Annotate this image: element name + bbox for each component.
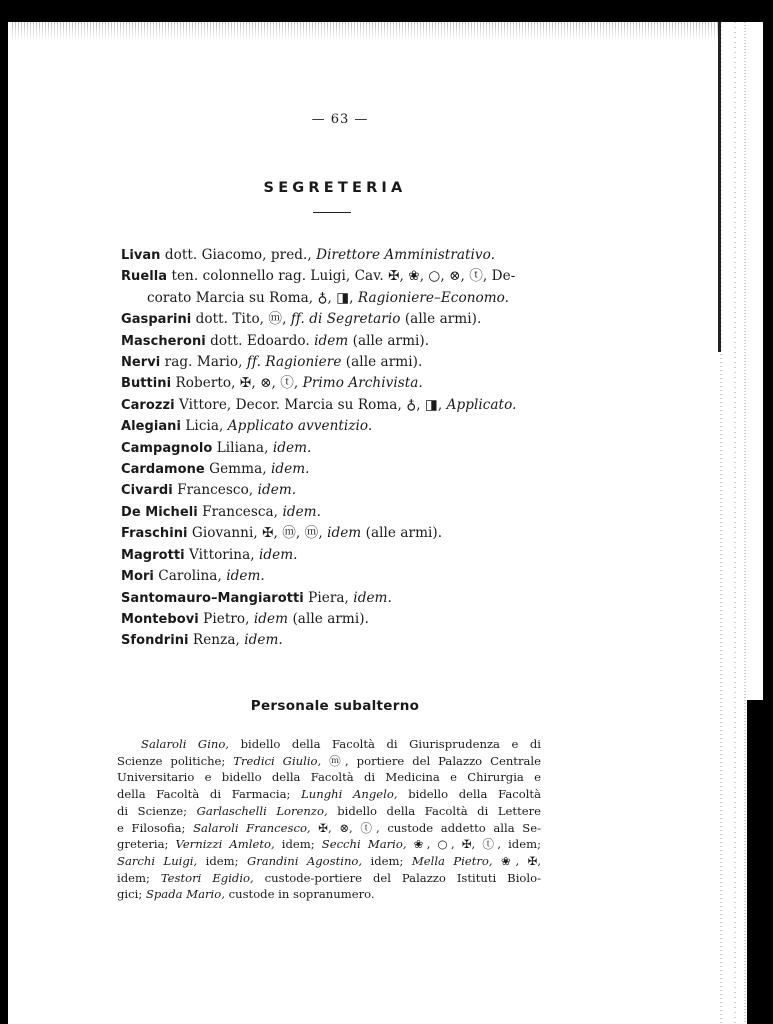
staff-surname: Fraschini: [121, 526, 188, 541]
staff-details: Vittore, Decor. Marcia su Roma, ♁, ◨,: [175, 397, 447, 413]
staff-details: dott. Tito, ⓜ,: [191, 311, 291, 327]
staff-details: Gemma,: [205, 461, 271, 477]
staff-surname: Mori: [121, 569, 154, 584]
paragraph-text: ✠, ⊗, ⓣ, custode addetto alla Se-: [311, 821, 541, 835]
paragraph-text: ⓜ, portiere del Palazzo Centrale: [321, 754, 541, 768]
staff-entry: corato Marcia su Roma, ♁, ◨, Ragioniere–…: [121, 288, 551, 309]
staff-details: dott. Edoardo.: [206, 333, 314, 349]
staff-entry: Buttini Roberto, ✠, ⊗, ⓣ, Primo Archivis…: [121, 373, 551, 394]
paragraph-line: greteria; Vernizzi Amleto, idem; Secchi …: [117, 836, 541, 853]
staff-role: idem.: [244, 632, 283, 648]
person-name: Grandini Agostino,: [247, 854, 362, 868]
staff-note: (alle armi).: [341, 354, 422, 370]
subordinate-staff-paragraph: Salaroli Gino, bidello della Facoltà di …: [117, 736, 541, 903]
staff-entry: Mascheroni dott. Edoardo. idem (alle arm…: [121, 331, 551, 352]
staff-role: Applicato avventizio.: [228, 418, 373, 434]
person-name: Testori Egidio,: [161, 871, 254, 885]
staff-role: Primo Archivista.: [303, 375, 423, 391]
staff-details: Carolina,: [154, 568, 226, 584]
staff-role: idem.: [226, 568, 265, 584]
page-number: — 63 —: [300, 112, 380, 127]
staff-details: Renza,: [189, 632, 245, 648]
paragraph-text: bidello della Facoltà di Lettere: [328, 804, 541, 818]
staff-surname: Civardi: [121, 483, 173, 498]
staff-surname: Cardamone: [121, 462, 205, 477]
staff-entry: Santomauro–Mangiarotti Piera, idem.: [121, 588, 551, 609]
subsection-title: Personale subalterno: [200, 698, 470, 714]
paragraph-text: bidello della Facoltà: [398, 787, 541, 801]
staff-entry: Carozzi Vittore, Decor. Marcia su Roma, …: [121, 395, 551, 416]
paragraph-line: e Filosofia; Salaroli Francesco, ✠, ⊗, ⓣ…: [117, 820, 541, 837]
staff-details: Francesco,: [173, 482, 258, 498]
staff-surname: Alegiani: [121, 419, 181, 434]
staff-role: idem.: [259, 547, 298, 563]
staff-surname: De Micheli: [121, 505, 198, 520]
person-name: Tredici Giulio,: [233, 754, 321, 768]
person-name: Sarchi Luigi,: [117, 854, 197, 868]
staff-entry: Alegiani Licia, Applicato avventizio.: [121, 416, 551, 437]
person-name: Salaroli Francesco,: [193, 821, 311, 835]
staff-note: (alle armi).: [348, 333, 429, 349]
staff-details: corato Marcia su Roma, ♁, ◨,: [147, 290, 358, 306]
paragraph-line: della Facoltà di Farmacia; Lunghi Angelo…: [117, 786, 541, 803]
paragraph-text: custode-portiere del Palazzo Istituti Bi…: [254, 871, 541, 885]
staff-surname: Buttini: [121, 376, 171, 391]
staff-entry: Ruella ten. colonnello rag. Luigi, Cav. …: [121, 266, 551, 287]
staff-role: idem.: [353, 590, 392, 606]
paragraph-text: della Facoltà di Farmacia;: [117, 787, 301, 801]
staff-surname: Montebovi: [121, 612, 199, 627]
staff-entry: Cardamone Gemma, idem.: [121, 459, 551, 480]
staff-details: Giovanni, ✠, ⓜ, ⓜ,: [188, 525, 328, 541]
staff-details: Roberto, ✠, ⊗, ⓣ,: [171, 375, 303, 391]
staff-surname: Carozzi: [121, 398, 175, 413]
staff-details: Licia,: [181, 418, 228, 434]
person-name: Secchi Mario,: [322, 837, 407, 851]
staff-role: idem: [254, 611, 288, 627]
person-name: Spada Mario,: [146, 887, 225, 901]
staff-role: idem.: [271, 461, 310, 477]
staff-details: dott. Giacomo, pred.,: [161, 247, 317, 263]
paragraph-text: custode in sopranumero.: [225, 887, 375, 901]
staff-entry: Montebovi Pietro, idem (alle armi).: [121, 609, 551, 630]
paragraph-text: gici;: [117, 887, 146, 901]
staff-details: Pietro,: [199, 611, 254, 627]
staff-surname: Magrotti: [121, 548, 185, 563]
paragraph-text: ❀, ○, ✠, ⓣ, idem;: [407, 837, 541, 851]
paragraph-line: gici; Spada Mario, custode in sopranumer…: [117, 886, 541, 903]
person-name: Salaroli Gino,: [141, 737, 229, 751]
paragraph-text: greteria;: [117, 837, 176, 851]
staff-role: Direttore Amministrativo.: [316, 247, 495, 263]
staff-entry: Magrotti Vittorina, idem.: [121, 545, 551, 566]
staff-surname: Sfondrini: [121, 633, 189, 648]
staff-entry: Gasparini dott. Tito, ⓜ, ff. di Segretar…: [121, 309, 551, 330]
paragraph-text: idem;: [197, 854, 247, 868]
staff-details: Vittorina,: [185, 547, 259, 563]
staff-entry: De Micheli Francesca, idem.: [121, 502, 551, 523]
paragraph-text: Scienze politiche;: [117, 754, 233, 768]
paragraph-text: idem;: [362, 854, 412, 868]
staff-surname: Campagnolo: [121, 441, 212, 456]
person-name: Vernizzi Amleto,: [176, 837, 275, 851]
staff-details: rag. Mario,: [160, 354, 247, 370]
staff-note: (alle armi).: [288, 611, 369, 627]
staff-entry: Sfondrini Renza, idem.: [121, 630, 551, 651]
paragraph-line: idem; Testori Egidio, custode-portiere d…: [117, 870, 541, 887]
staff-entry: Fraschini Giovanni, ✠, ⓜ, ⓜ, idem (alle …: [121, 523, 551, 544]
person-name: Garlaschelli Lorenzo,: [197, 804, 328, 818]
staff-role: idem: [314, 333, 348, 349]
paragraph-text: Universitario e bidello della Facoltà di…: [117, 770, 541, 784]
title-divider: [313, 212, 351, 213]
staff-details: Francesca,: [198, 504, 283, 520]
staff-entry: Civardi Francesco, idem.: [121, 480, 551, 501]
staff-details: Piera,: [304, 590, 354, 606]
paragraph-line: Sarchi Luigi, idem; Grandini Agostino, i…: [117, 853, 541, 870]
staff-list: Livan dott. Giacomo, pred., Direttore Am…: [121, 245, 551, 652]
paragraph-line: Salaroli Gino, bidello della Facoltà di …: [117, 736, 541, 753]
paragraph-line: Universitario e bidello della Facoltà di…: [117, 769, 541, 786]
staff-role: idem.: [258, 482, 297, 498]
scan-noise-top: [12, 20, 722, 42]
paragraph-text: idem;: [117, 871, 161, 885]
person-name: Mella Pietro,: [412, 854, 493, 868]
staff-details: ten. colonnello rag. Luigi, Cav. ✠, ❀, ○…: [167, 268, 515, 284]
staff-surname: Livan: [121, 248, 161, 263]
person-name: Lunghi Angelo,: [301, 787, 397, 801]
staff-role: idem.: [282, 504, 321, 520]
staff-note: (alle armi).: [400, 311, 481, 327]
staff-role: ff. di Segretario: [291, 311, 401, 327]
staff-surname: Ruella: [121, 269, 167, 284]
scan-border-top: [0, 0, 773, 22]
paragraph-line: Scienze politiche; Tredici Giulio, ⓜ, po…: [117, 753, 541, 770]
staff-entry: Livan dott. Giacomo, pred., Direttore Am…: [121, 245, 551, 266]
staff-surname: Mascheroni: [121, 334, 206, 349]
paragraph-line: di Scienze; Garlaschelli Lorenzo, bidell…: [117, 803, 541, 820]
staff-surname: Santomauro–Mangiarotti: [121, 591, 304, 606]
paragraph-text: e Filosofia;: [117, 821, 193, 835]
staff-role: Ragioniere–Economo.: [358, 290, 509, 306]
staff-role: idem: [327, 525, 361, 541]
paragraph-text: idem;: [275, 837, 322, 851]
staff-role: ff. Ragioniere: [247, 354, 342, 370]
section-title: SEGRETERIA: [200, 180, 470, 196]
staff-entry: Campagnolo Liliana, idem.: [121, 438, 551, 459]
paragraph-text: ❀, ✠,: [493, 854, 541, 868]
staff-details: Liliana,: [212, 440, 273, 456]
staff-surname: Nervi: [121, 355, 160, 370]
staff-surname: Gasparini: [121, 312, 191, 327]
staff-role: Applicato.: [447, 397, 517, 413]
paragraph-text: bidello della Facoltà di Giurisprudenza …: [229, 737, 541, 751]
staff-role: idem.: [273, 440, 312, 456]
staff-entry: Nervi rag. Mario, ff. Ragioniere (alle a…: [121, 352, 551, 373]
page-stack-edges: [720, 22, 756, 1024]
scan-border-left: [0, 0, 8, 1024]
staff-entry: Mori Carolina, idem.: [121, 566, 551, 587]
staff-note: (alle armi).: [361, 525, 442, 541]
paragraph-text: di Scienze;: [117, 804, 197, 818]
